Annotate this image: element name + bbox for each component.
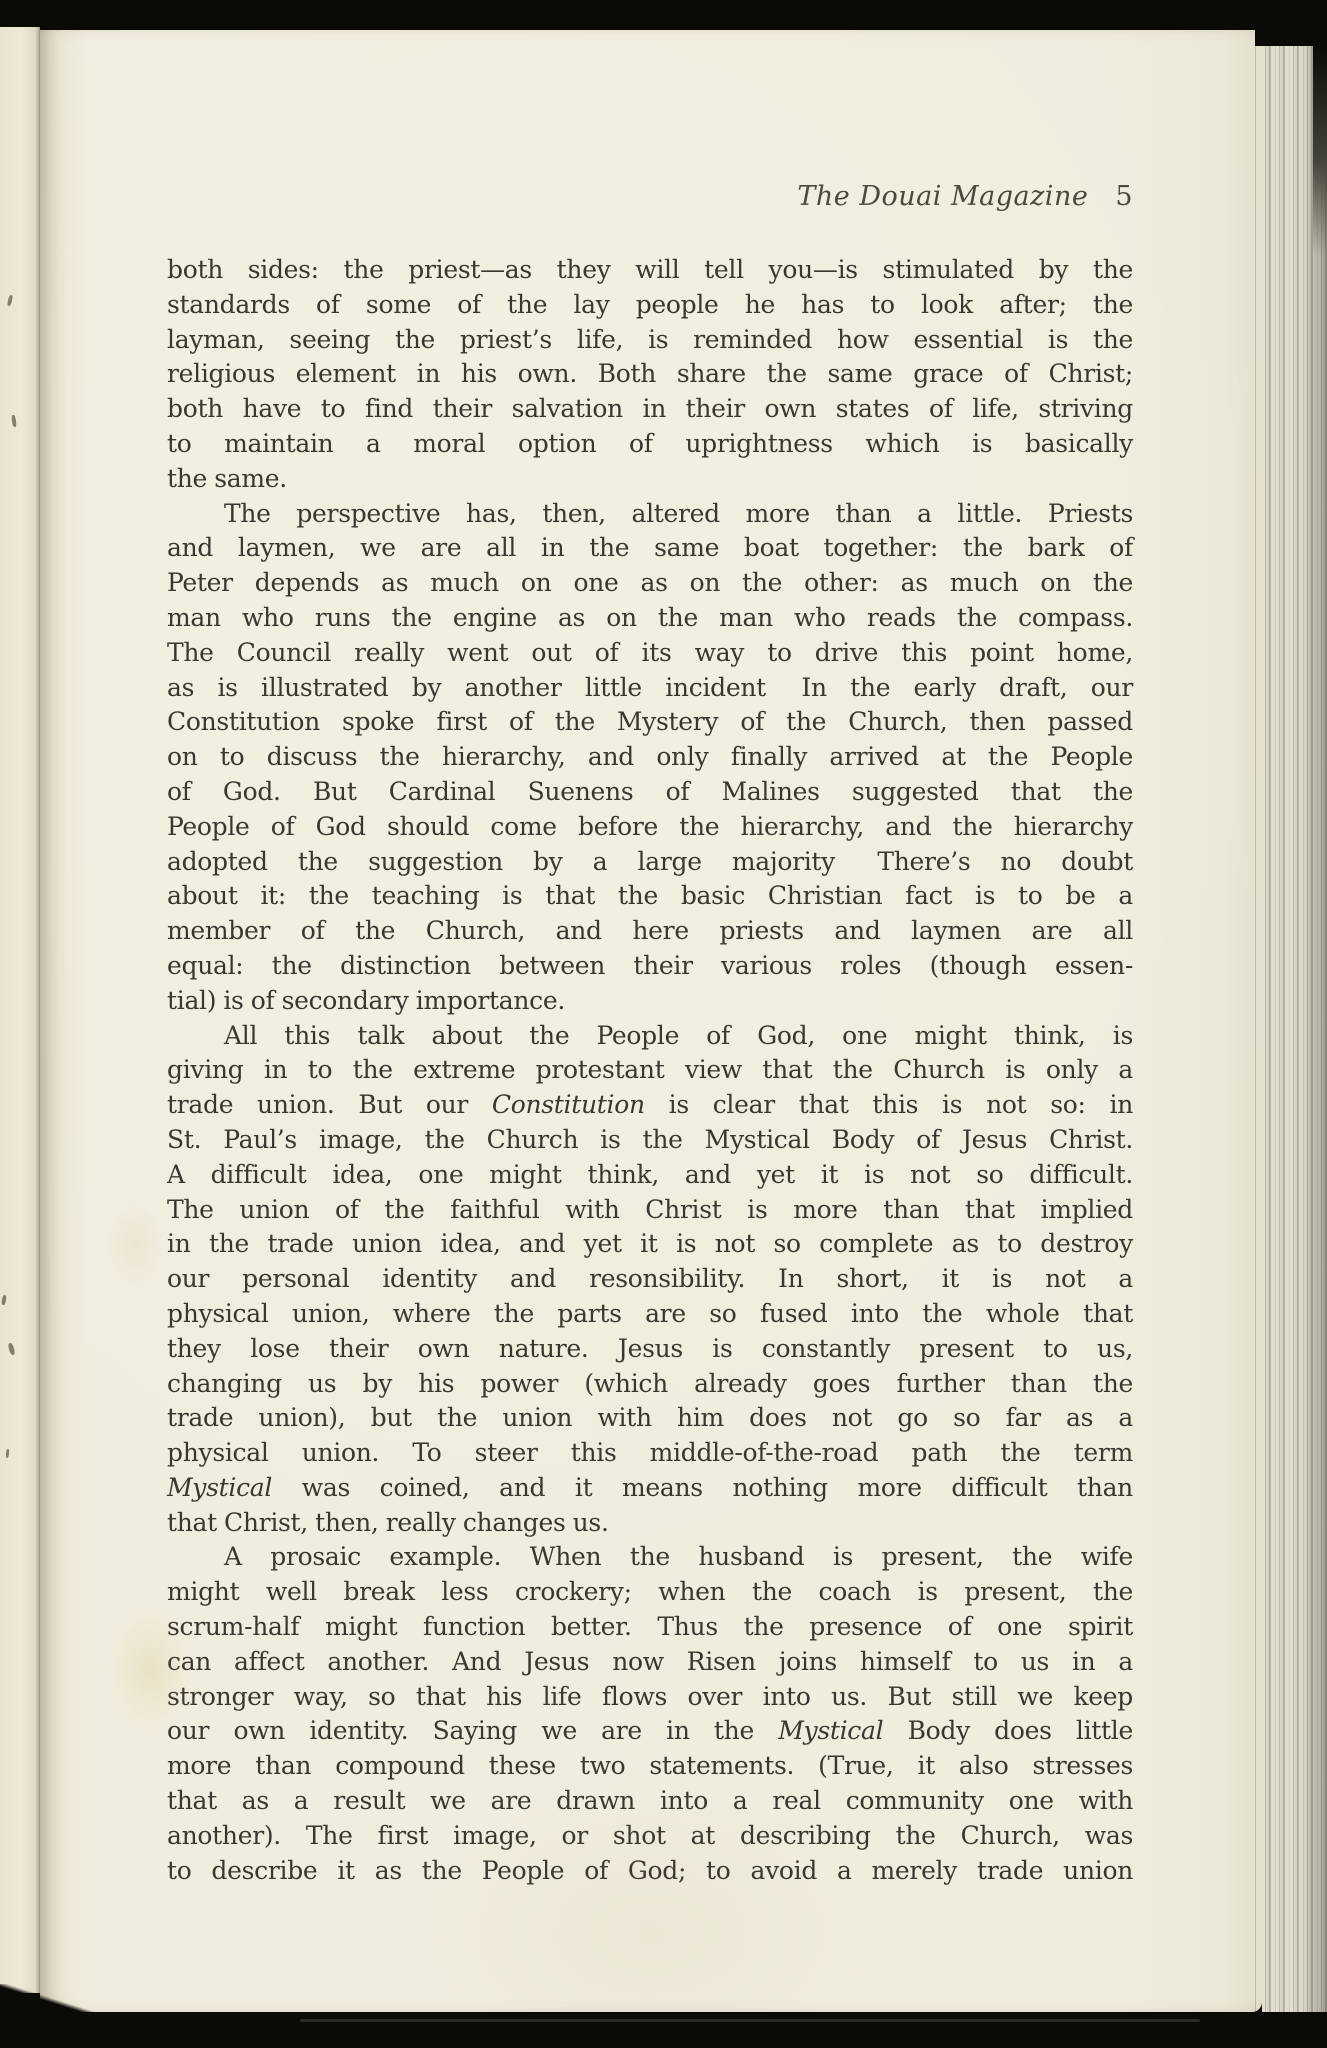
text-line: scrum-half might function better. Thus t… xyxy=(167,1610,1133,1645)
text-line: religious element in his own. Both share… xyxy=(167,357,1133,392)
text-line: stronger way, so that his life flows ove… xyxy=(167,1680,1133,1715)
text-line: standards of some of the lay people he h… xyxy=(167,288,1133,323)
book-cover-bottom-edge xyxy=(0,2012,1327,2048)
text-line: The Council really went out of its way t… xyxy=(167,636,1133,671)
facing-page-gutter-edge xyxy=(0,27,40,1993)
text-line: St. Paul’s image, the Church is the Myst… xyxy=(167,1123,1133,1158)
cover-corner-top-right xyxy=(1255,30,1327,46)
ink-mark xyxy=(7,295,14,307)
cover-corner-bottom-left xyxy=(0,1984,95,2014)
text-line: trade union. But our Constitution is cle… xyxy=(167,1088,1133,1123)
text-line: All this talk about the People of God, o… xyxy=(167,1019,1133,1054)
text-line: physical union, where the parts are so f… xyxy=(167,1297,1133,1332)
text-line: can affect another. And Jesus now Risen … xyxy=(167,1645,1133,1680)
text-line: giving in to the extreme protestant view… xyxy=(167,1053,1133,1088)
text-line: might well break less crockery; when the… xyxy=(167,1575,1133,1610)
cover-stitch-texture xyxy=(300,2019,1200,2022)
text-line: they lose their own nature. Jesus is con… xyxy=(167,1332,1133,1367)
text-line: and laymen, we are all in the same boat … xyxy=(167,531,1133,566)
body-paragraph: The perspective has, then, altered more … xyxy=(167,497,1133,1019)
text-line: layman, seeing the priest’s life, is rem… xyxy=(167,323,1133,358)
text-line: to maintain a moral option of uprightnes… xyxy=(167,427,1133,462)
page-number: 5 xyxy=(1115,181,1133,212)
text-line: of God. But Cardinal Suenens of Malines … xyxy=(167,775,1133,810)
text-line: equal: the distinction between their var… xyxy=(167,949,1133,984)
italic-text: Mystical xyxy=(778,1716,883,1745)
text-line: both have to find their salvation in the… xyxy=(167,392,1133,427)
text-line: adopted the suggestion by a large majori… xyxy=(167,845,1133,880)
text-line: changing us by his power (which already … xyxy=(167,1367,1133,1402)
text-line: A difficult idea, one might think, and y… xyxy=(167,1158,1133,1193)
text-line: A prosaic example. When the husband is p… xyxy=(167,1540,1133,1575)
body-paragraph: All this talk about the People of God, o… xyxy=(167,1019,1133,1541)
italic-text: Constitution xyxy=(492,1090,645,1119)
text-line: on to discuss the hierarchy, and only fi… xyxy=(167,740,1133,775)
text-line: another). The first image, or shot at de… xyxy=(167,1819,1133,1854)
body-paragraph: A prosaic example. When the husband is p… xyxy=(167,1540,1133,1888)
text-line: both sides: the priest—as they will tell… xyxy=(167,253,1133,288)
text-line: Constitution spoke first of the Mystery … xyxy=(167,705,1133,740)
text-line: our personal identity and resonsibility.… xyxy=(167,1262,1133,1297)
page-body: both sides: the priest—as they will tell… xyxy=(167,253,1133,1888)
page-stack-fore-edge xyxy=(1262,46,1327,2012)
text-line: the same. xyxy=(167,462,1133,497)
ink-mark xyxy=(11,415,17,427)
text-line: physical union. To steer this middle-of-… xyxy=(167,1436,1133,1471)
cover-shadow-right xyxy=(1313,46,1327,256)
body-paragraph: both sides: the priest—as they will tell… xyxy=(167,253,1133,497)
text-line: as is illustrated by another little inci… xyxy=(167,671,1133,706)
text-line: our own identity. Saying we are in the M… xyxy=(167,1714,1133,1749)
ink-mark xyxy=(1,1295,7,1306)
text-line: The perspective has, then, altered more … xyxy=(167,497,1133,532)
text-line: The union of the faithful with Christ is… xyxy=(167,1193,1133,1228)
text-line: Peter depends as much on one as on the o… xyxy=(167,566,1133,601)
text-line: member of the Church, and here priests a… xyxy=(167,914,1133,949)
magazine-page: The Douai Magazine5 both sides: the prie… xyxy=(40,30,1262,2012)
book-cover-top-edge xyxy=(0,0,1327,30)
ink-mark xyxy=(7,1343,15,1356)
text-line: that as a result we are drawn into a rea… xyxy=(167,1784,1133,1819)
text-line: to describe it as the People of God; to … xyxy=(167,1854,1133,1889)
italic-text: Mystical xyxy=(167,1473,272,1502)
ink-mark xyxy=(6,1449,10,1458)
text-line: man who runs the engine as on the man wh… xyxy=(167,601,1133,636)
text-line: more than compound these two statements.… xyxy=(167,1749,1133,1784)
text-line: about it: the teaching is that the basic… xyxy=(167,879,1133,914)
text-line: People of God should come before the hie… xyxy=(167,810,1133,845)
text-line: that Christ, then, really changes us. xyxy=(167,1506,1133,1541)
text-line: trade union), but the union with him doe… xyxy=(167,1401,1133,1436)
scanned-book-photo: The Douai Magazine5 both sides: the prie… xyxy=(0,0,1327,2048)
text-line: Mystical was coined, and it means nothin… xyxy=(167,1471,1133,1506)
running-head: The Douai Magazine5 xyxy=(167,181,1133,212)
text-line: tial) is of secondary importance. xyxy=(167,984,1133,1019)
magazine-title: The Douai Magazine xyxy=(797,181,1088,212)
text-line: in the trade union idea, and yet it is n… xyxy=(167,1227,1133,1262)
